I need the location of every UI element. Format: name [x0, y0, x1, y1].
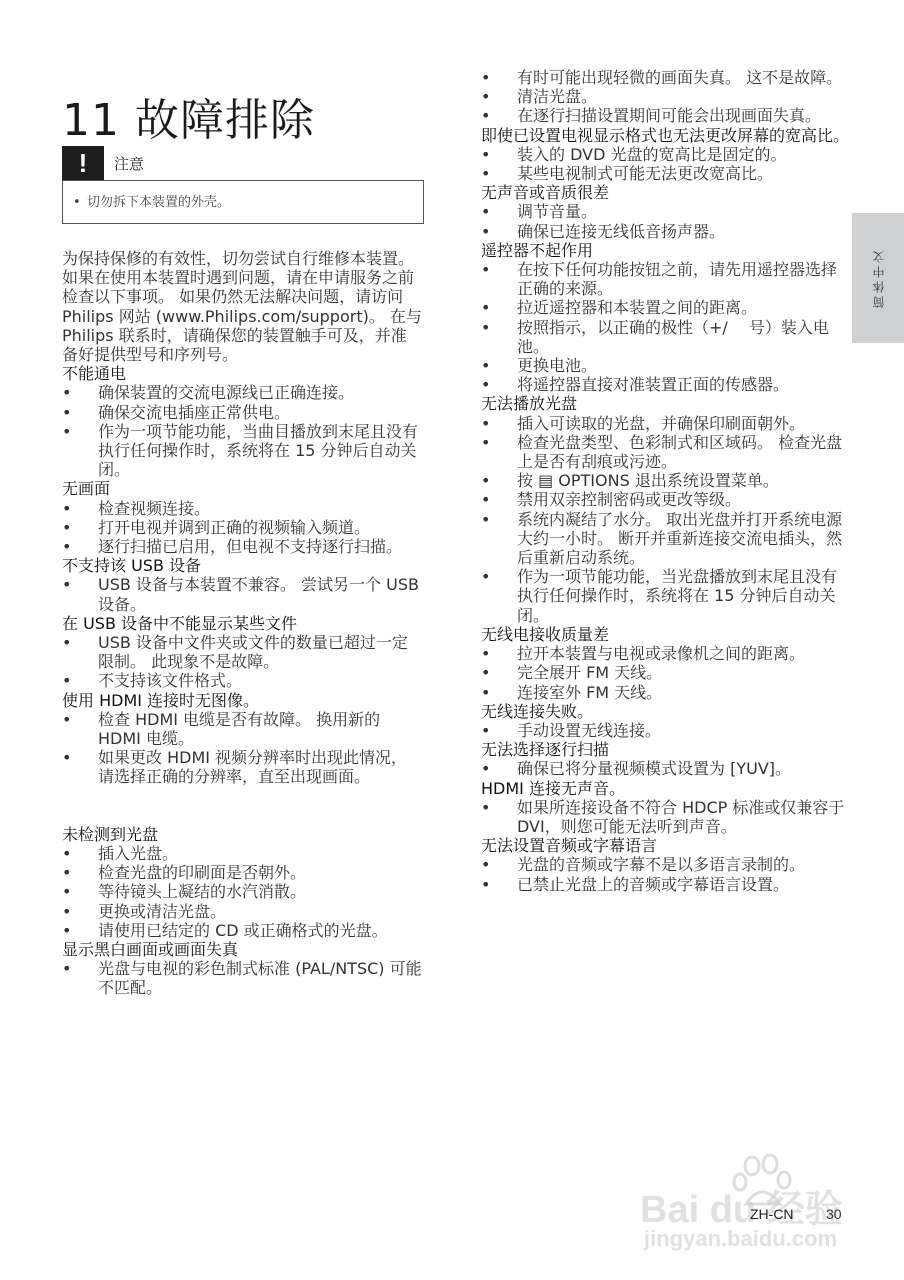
section-heading: 无法选择逐行扫描: [481, 740, 851, 759]
right-column: •有时可能出现轻微的画面失真。 这不是故障。 •清洁光盘。 •在逐行扫描设置期间…: [481, 68, 851, 894]
exclamation-icon: !: [62, 146, 104, 180]
section-heading: 无线连接失败。: [481, 702, 851, 721]
section-heading: 遥控器不起作用: [481, 241, 851, 260]
page-number: 30: [826, 1206, 842, 1222]
list-item: •确保交流电插座正常供电。: [62, 403, 422, 422]
intro-paragraph: 如果在使用本装置时遇到问题，请在申请服务之前检查以下事项。 如果仍然无法解决问题…: [62, 268, 422, 364]
bullet: •: [73, 195, 87, 210]
paw-icon: [730, 1152, 800, 1212]
list-item: •已禁止光盘上的音频或字幕语言设置。: [481, 875, 851, 894]
watermark-text: Bai du 经验: [640, 1178, 843, 1233]
list-item: •按照指示，以正确的极性（+/ 号）装入电池。: [481, 318, 851, 356]
left-column: 为保持保修的有效性，切勿尝试自行维修本装置。 如果在使用本装置时遇到问题，请在申…: [62, 249, 422, 998]
section-heading: HDMI 连接无声音。: [481, 779, 851, 798]
list-item: •请使用已结定的 CD 或正确格式的光盘。: [62, 921, 422, 940]
section-heading: 无声音或音质很差: [481, 183, 851, 202]
list-item: •手动设置无线连接。: [481, 721, 851, 740]
language-side-tab: 简体中文: [852, 213, 904, 343]
footer-language-code: ZH-CN: [750, 1206, 794, 1222]
intro-paragraph: 为保持保修的有效性，切勿尝试自行维修本装置。: [62, 249, 422, 268]
list-item: •逐行扫描已启用，但电视不支持逐行扫描。: [62, 537, 422, 556]
list-item: •确保已将分量视频模式设置为 [YUV]。: [481, 759, 851, 778]
notice-label: 注意: [114, 153, 144, 174]
list-item: •清洁光盘。: [481, 87, 851, 106]
list-item: •禁用双亲控制密码或更改等级。: [481, 490, 851, 509]
list-item: •更换或清洁光盘。: [62, 902, 422, 921]
section-heading: 未检测到光盘: [62, 825, 422, 844]
list-item: •有时可能出现轻微的画面失真。 这不是故障。: [481, 68, 851, 87]
list-item: •作为一项节能功能，当曲目播放到末尾且没有执行任何操作时，系统将在 15 分钟后…: [62, 422, 422, 480]
list-item: •按 ▤ OPTIONS 退出系统设置菜单。: [481, 471, 851, 490]
list-item: •等待镜头上凝结的水汽消散。: [62, 882, 422, 901]
section-heading: 不能通电: [62, 364, 422, 383]
list-item: •USB 设备中文件夹或文件的数量已超过一定限制。 此现象不是故障。: [62, 633, 422, 671]
list-item: •不支持该文件格式。: [62, 671, 422, 690]
language-label: 简体中文: [870, 248, 887, 308]
spacer: [62, 787, 422, 825]
list-item: •确保已连接无线低音扬声器。: [481, 222, 851, 241]
list-item: •调节音量。: [481, 202, 851, 221]
list-item: •拉开本装置与电视或录像机之间的距离。: [481, 644, 851, 663]
list-item: •USB 设备与本装置不兼容。 尝试另一个 USB 设备。: [62, 575, 422, 613]
baidu-watermark: Bai du 经验 jingyan.baidu.com: [640, 1150, 860, 1260]
list-item: •在逐行扫描设置期间可能会出现画面失真。: [481, 106, 851, 125]
list-item: •打开电视并调到正确的视频输入频道。: [62, 518, 422, 537]
list-item: •插入光盘。: [62, 844, 422, 863]
notice-box: ! 注意 •切勿拆下本装置的外壳。: [62, 146, 424, 224]
list-item: •光盘与电视的彩色制式标准 (PAL/NTSC) 可能不匹配。: [62, 959, 422, 997]
list-item: •检查光盘的印刷面是否朝外。: [62, 863, 422, 882]
section-heading: 无线电接收质量差: [481, 625, 851, 644]
section-heading: 使用 HDMI 连接时无图像。: [62, 691, 422, 710]
notice-header: ! 注意: [62, 146, 424, 180]
section-heading: 无法设置音频或字幕语言: [481, 836, 851, 855]
list-item: •检查视频连接。: [62, 499, 422, 518]
list-item: •连接室外 FM 天线。: [481, 683, 851, 702]
list-item: •确保装置的交流电源线已正确连接。: [62, 383, 422, 402]
section-heading: 即使已设置电视显示格式也无法更改屏幕的宽高比。: [481, 126, 851, 145]
list-item: •拉近遥控器和本装置之间的距离。: [481, 298, 851, 317]
section-heading: 无法播放光盘: [481, 394, 851, 413]
list-item: •插入可读取的光盘，并确保印刷面朝外。: [481, 414, 851, 433]
page-title: 11 故障排除: [62, 91, 315, 151]
list-item: •如果所连接设备不符合 HDCP 标准或仅兼容于 DVI，则您可能无法听到声音。: [481, 798, 851, 836]
list-item: •完全展开 FM 天线。: [481, 663, 851, 682]
list-item: •系统内凝结了水分。 取出光盘并打开系统电源大约一小时。 断开并重新连接交流电插…: [481, 510, 851, 568]
list-item: •将遥控器直接对准装置正面的传感器。: [481, 375, 851, 394]
section-heading: 不支持该 USB 设备: [62, 556, 422, 575]
watermark-url: jingyan.baidu.com: [644, 1226, 837, 1252]
list-item: •光盘的音频或字幕不是以多语言录制的。: [481, 855, 851, 874]
list-item: •在按下任何功能按钮之前，请先用遥控器选择正确的来源。: [481, 260, 851, 298]
section-heading: 无画面: [62, 479, 422, 498]
list-item: •作为一项节能功能，当光盘播放到末尾且没有执行任何操作时，系统将在 15 分钟后…: [481, 567, 851, 625]
notice-content: •切勿拆下本装置的外壳。: [62, 180, 424, 224]
list-item: •检查光盘类型、色彩制式和区域码。 检查光盘上是否有刮痕或污迹。: [481, 433, 851, 471]
list-item: •某些电视制式可能无法更改宽高比。: [481, 164, 851, 183]
section-heading: 显示黑白画面或画面失真: [62, 940, 422, 959]
list-item: •检查 HDMI 电缆是否有故障。 换用新的 HDMI 电缆。: [62, 710, 422, 748]
list-item: •更换电池。: [481, 356, 851, 375]
list-item: •如果更改 HDMI 视频分辨率时出现此情况，请选择正确的分辨率，直至出现画面。: [62, 748, 422, 786]
list-item: •装入的 DVD 光盘的宽高比是固定的。: [481, 145, 851, 164]
section-heading: 在 USB 设备中不能显示某些文件: [62, 614, 422, 633]
notice-item: 切勿拆下本装置的外壳。: [87, 195, 230, 210]
